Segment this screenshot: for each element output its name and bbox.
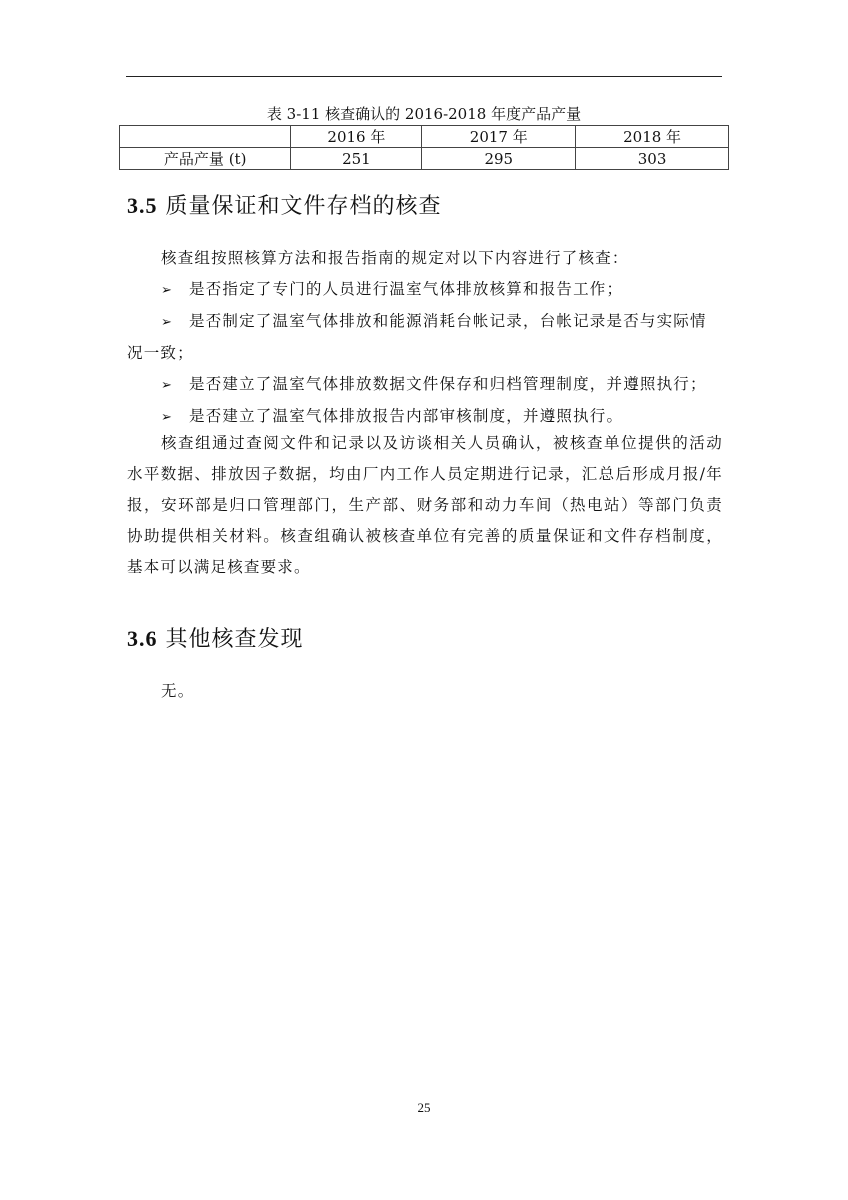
section-title: 质量保证和文件存档的核查 [158,194,442,219]
list-item-text: 是否建立了温室气体排放数据文件保存和归档管理制度，并遵照执行； [189,375,707,393]
table-header-row: 2016 年 2017 年 2018 年 [120,126,729,148]
arrow-bullet-icon: ➢ [161,370,189,401]
table-row: 产品产量 (t) 251 295 303 [120,148,729,170]
list-item: ➢是否建立了温室气体排放数据文件保存和归档管理制度，并遵照执行； [127,369,723,401]
header-rule [126,76,722,77]
table-cell: 251 [291,148,422,170]
table-cell: 303 [576,148,729,170]
arrow-bullet-icon: ➢ [161,307,189,338]
list-item-text: 是否制定了温室气体排放和能源消耗台帐记录，台帐记录是否与实际情况一致； [127,312,707,362]
checklist: ➢是否指定了专门的人员进行温室气体排放核算和报告工作； ➢是否制定了温室气体排放… [127,274,723,433]
list-item-text: 是否指定了专门的人员进行温室气体排放核算和报告工作； [189,280,623,298]
section-heading-3-5: 3.5 质量保证和文件存档的核查 [127,192,442,221]
summary-paragraph: 核查组通过查阅文件和记录以及访谈相关人员确认，被核查单位提供的活动水平数据、排放… [127,428,723,583]
table-header-cell: 2018 年 [576,126,729,148]
table-cell: 产品产量 (t) [120,148,291,170]
intro-paragraph: 核查组按照核算方法和报告指南的规定对以下内容进行了核查： [127,243,723,274]
production-table: 2016 年 2017 年 2018 年 产品产量 (t) 251 295 30… [119,125,729,170]
table-cell: 295 [422,148,576,170]
section-heading-3-6: 3.6 其他核查发现 [127,625,304,654]
section-title: 其他核查发现 [158,627,304,652]
list-item-text: 是否建立了温室气体排放报告内部审核制度，并遵照执行。 [189,407,623,425]
table-header-cell [120,126,291,148]
arrow-bullet-icon: ➢ [161,275,189,306]
table-header-cell: 2017 年 [422,126,576,148]
section-number: 3.6 [127,626,158,651]
list-item: ➢是否指定了专门的人员进行温室气体排放核算和报告工作； [127,274,723,306]
table-header-cell: 2016 年 [291,126,422,148]
page-number: 25 [0,1100,848,1116]
list-item: ➢是否制定了温室气体排放和能源消耗台帐记录，台帐记录是否与实际情况一致； [127,306,723,369]
section-number: 3.5 [127,193,158,218]
findings-paragraph: 无。 [127,676,723,707]
table-caption: 表 3-11 核查确认的 2016-2018 年度产品产量 [0,105,848,123]
